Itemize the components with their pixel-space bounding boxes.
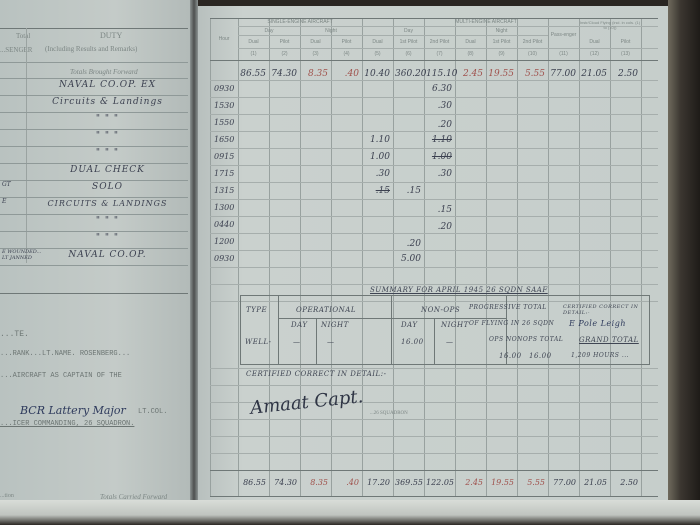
duty-row: " " " — [0, 231, 188, 248]
signer-title: ...ICER COMMANDING, 26 SQUADRON. — [0, 420, 134, 428]
duty-row: ECIRCUITS & LANDINGS — [0, 197, 188, 214]
duty-row: NAVAL CO.OP. EX — [0, 78, 188, 95]
header-top-rule — [0, 28, 188, 29]
progressive-total-label: PROGRESSIVE TOTAL — [469, 304, 547, 311]
multi-engine-header: MULTI-ENGINE AIRCRAFT — [362, 19, 610, 25]
duty-row: DUAL CHECK — [0, 163, 188, 180]
totals-carried-forward-label: Totals Carried Forward — [100, 493, 167, 501]
totals-brought-forward-label: Totals Brought Forward — [70, 68, 138, 76]
instr-cloud-header: Instr/Cloud Flying (incl. in cols. (1) t… — [579, 20, 641, 30]
col-total-header: Total — [16, 32, 30, 40]
page-bottom-fold — [0, 500, 700, 525]
duty-row: " " " — [0, 112, 188, 129]
book-edge — [668, 0, 700, 525]
summary-title: SUMMARY FOR APRIL 1945 26 SQDN SAAF — [370, 286, 548, 294]
header-bottom-rule — [0, 62, 188, 63]
summary-nonops-label: NON-OPS — [421, 306, 460, 314]
signer-rank: LT.COL. — [138, 408, 167, 416]
monthly-summary-box: TYPE OPERATIONAL NON-OPS DAY NIGHT DAY N… — [240, 295, 650, 365]
duty-row: " " " — [0, 146, 188, 163]
grand-total-value: 1,209 HOURS ... — [571, 352, 629, 359]
book-spine — [190, 0, 198, 525]
summary-certified-label: CERTIFIED CORRECT IN DETAIL:- — [563, 304, 649, 316]
col-passenger-header: ...SENGER — [0, 46, 32, 54]
commanding-officer-signature: BCR Lattery Major — [20, 404, 126, 417]
grand-total-label: GRAND TOTAL — [579, 336, 639, 344]
signature-caption: ...26 SQUADRON — [370, 411, 408, 416]
summary-type-label: TYPE — [246, 306, 267, 314]
passenger-header: Pass-enger — [548, 32, 579, 38]
duty-subtitle: (Including Results and Remarks) — [45, 45, 137, 53]
certificate-rank-name: ...RANK...LT.NAME. ROSENBERG... — [0, 350, 130, 358]
single-engine-header: SINGLE-ENGINE AIRCRAFT — [238, 19, 362, 25]
certificate-aircraft-line: ...AIRCRAFT AS CAPTAIN OF THE — [0, 372, 122, 380]
time-col-header: Hour — [210, 36, 238, 42]
duty-row: " " " — [0, 214, 188, 231]
duty-row: GTSOLO — [0, 180, 188, 197]
summary-operational-label: OPERATIONAL — [296, 306, 356, 314]
duty-row: " " " — [0, 129, 188, 146]
certificate-heading: ...TE. — [0, 330, 29, 339]
duty-title: DUTY — [100, 31, 122, 40]
summary-aircraft-type: WELL- — [245, 338, 271, 346]
duty-row: Circuits & Landings — [0, 95, 188, 112]
footer-left-text: ...tion — [0, 493, 14, 499]
certified-correct-label: CERTIFIED CORRECT IN DETAIL:- — [246, 370, 386, 378]
duty-row: E WOUNDED... LT JANNEDNAVAL CO.OP. — [0, 248, 188, 265]
summary-certifier-signature: E Pole Leigh — [569, 319, 626, 328]
summary-nonops-day-hours: 16.00 — [401, 338, 424, 346]
